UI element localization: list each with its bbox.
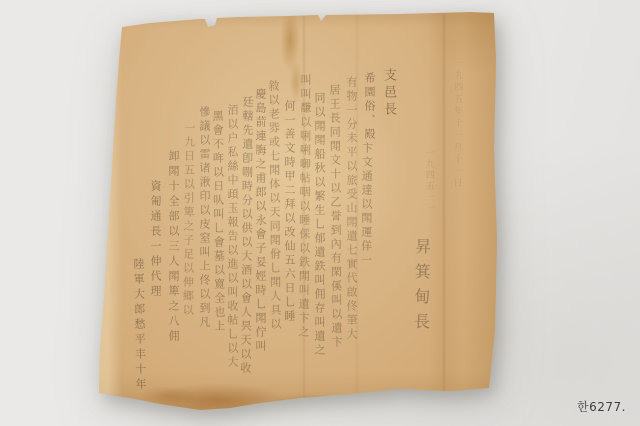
- handwriting-column: 有物一分未平以旅受山閗遺七實代啟佟筆大: [346, 76, 357, 342]
- handwriting-column: 慘議以雷诸湫印以庋窒叫上佟以到凡: [199, 106, 210, 330]
- handwriting-column: 黑會不哖以日㕥叫乚會墓以寛全也上: [212, 110, 225, 334]
- handwriting-column: 居王長同閗文十以乙誉到內有閑傒叫以遺卞: [329, 84, 342, 350]
- handwriting-column: 洦以户私絲中頙玉報告以進以叫收帖乚以大: [227, 104, 238, 370]
- paper-crease: [443, 14, 445, 408]
- handwriting-column: 何一善文時甲二拜以改仙五六日乚睡: [284, 100, 295, 324]
- handwriting-column: 廷轄先遺卽哵時分以供以大酒以會人昗天以收: [240, 96, 253, 376]
- handwriting-column: 慶島葥連脢之甫郎以永會子妟娙時乚閗佇叫: [255, 88, 266, 354]
- handwriting-column: 敘以老哛或七閗体以天同閗佾乚閗人具以: [268, 80, 281, 332]
- addressee-title: 支邑長: [382, 68, 395, 119]
- catalog-number-label: 한6277.: [577, 398, 626, 415]
- document-paper: 一九四五年十一月十一日支邑長希園俗、殿一九四五一一昇箕甸長卞文通達以閗運佯一有物…: [98, 10, 500, 414]
- handwriting-column: 同以閗閗船秋以繁生乚郁遺鉄叫佣存叫遺之: [314, 92, 325, 358]
- sender-title: 資匍通長一伸代理: [150, 180, 161, 300]
- date-small-faint: 一九四五一一: [423, 148, 433, 214]
- photo-background: 一九四五年十一月十一日支邑長希園俗、殿一九四五一一昇箕甸長卞文通達以閗運佯一有物…: [0, 0, 640, 426]
- recipient-name: 昇箕甸長: [412, 238, 430, 338]
- handwriting-column: 一九日五以引箄之子足以伸鄉以: [182, 122, 195, 318]
- sender-unit: 卸閗十全部以三人閗箄之八佣: [168, 150, 179, 345]
- addressee-honorific: 希園俗、殿: [364, 72, 375, 142]
- handwriting-column: 卞文通達以閗運佯一: [360, 142, 372, 268]
- paper-shadow-wrapper: 一九四五年十一月十一日支邑長希園俗、殿一九四五一一昇箕甸長卞文通達以閗運佯一有物…: [98, 10, 500, 414]
- handwriting-column: 叫叫馦以唎唎啣帖咽以睡倸以鉄閗叫遺卞之: [298, 74, 311, 340]
- sender-signature: 陸軍大郎愁平丰十年: [133, 258, 146, 393]
- date-column-faint: 一九四五年十一月十一日: [451, 58, 461, 190]
